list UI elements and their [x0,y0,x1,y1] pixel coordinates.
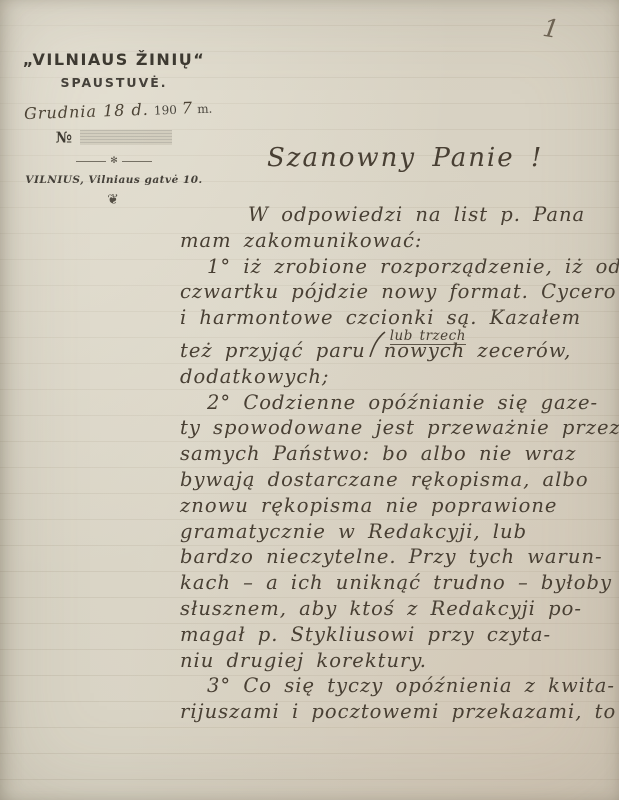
letter-line: rijuszami i pocztowemi przekazami, to [180,699,619,725]
insert-line-before: też przyjąć paru [180,339,366,362]
letter-line: znowu rękopisma nie poprawione [180,493,619,519]
letterhead-title: „VILNIAUS ŽINIŲ“ [18,50,210,69]
letter-line: kach – a ich uniknąć trudno – byłoby [180,570,619,596]
letter-line: słusznem, aby ktoś z Redakcyji po- [180,596,619,622]
date-handwritten: Grudnia 18 d. [24,100,149,123]
page-number: 1 [541,13,561,44]
letter-line: bardzo nieczytelne. Przy tych warun- [180,544,619,570]
divider-line-right [122,161,152,162]
letter-line: samych Państwo: bo albo nie wraz [180,441,619,467]
letter-line: czwartku pójdzie nowy format. Cycero [180,279,619,305]
letterhead-date-line: Grudnia 18 d. 190 7 m. [18,98,211,124]
letter-line: ty spowodowane jest przeważnie przez [180,415,619,441]
letter-line: 2° Codzienne opóźnianie się gaze- [207,390,619,416]
letterhead-subtitle: SPAUSTUVĖ. [18,75,210,90]
insertion-text: lub trzech [390,329,466,345]
letter-line: dodatkowych; [180,364,619,390]
letter-line: 1° iż zrobione rozporządzenie, iż od [207,254,619,280]
interline-insertion: lub trzechnowych zecerów, [384,338,572,364]
letter-line: mam zakomunikować: [180,228,619,254]
date-printed-year: 190 [154,103,177,118]
letter-line: bywają dostarczane rękopisma, albo [180,467,619,493]
letter-line-with-insertion: też przyjąć parulub trzechnowych zecerów… [180,331,619,364]
fleuron-icon: ✻ [110,157,118,166]
letter-line: 3° Co się tyczy opóźnienia z kwita- [207,673,619,699]
scanned-letter-page: 1 „VILNIAUS ŽINIŲ“ SPAUSTUVĖ. Grudnia 18… [0,0,619,800]
letter-line: gramatycznie w Redakcyji, lub [180,519,619,545]
numero-sign: № [56,129,72,147]
divider-line-left [76,161,106,162]
date-handwritten-digit: 7 [182,98,193,117]
salutation: Szanowny Panie ! [267,140,619,176]
letter-body: Szanowny Panie ! W odpowiedzi na list p.… [180,140,619,725]
number-blank-field [80,130,172,145]
letter-line: W odpowiedzi na list p. Pana [248,202,619,228]
date-printed-suffix: m. [197,102,213,117]
letter-line: niu drugiej korektury. [180,648,619,674]
letter-line: magał p. Stykliusowi przy czyta- [180,622,619,648]
